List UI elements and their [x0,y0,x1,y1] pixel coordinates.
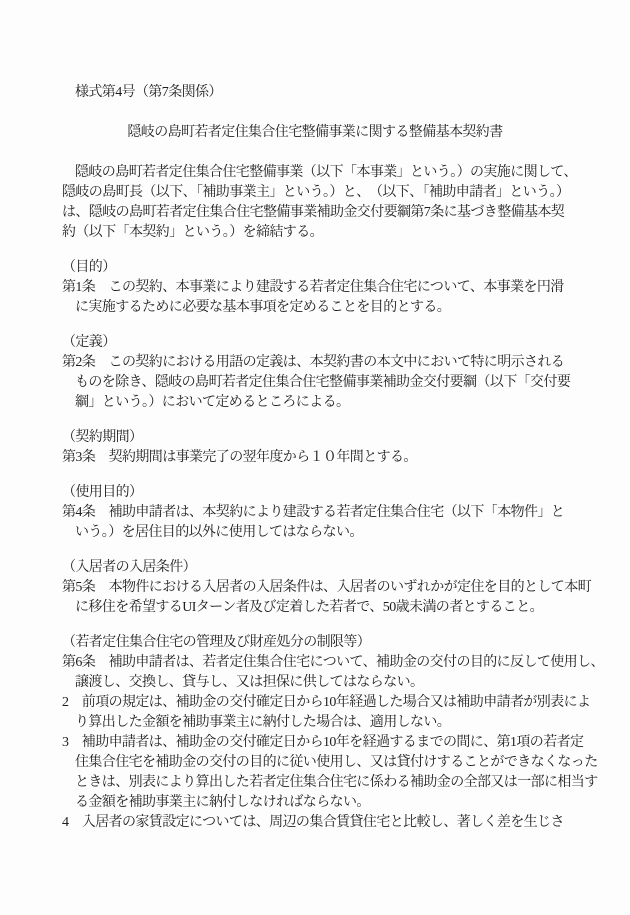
section-contract-period: （契約期間） 第3条 契約期間は事業完了の翌年度から１０年間とする。 [62,428,568,468]
section-purpose: （目的） 第1条 この契約、本事業により建設する若者定住集合住宅について、本事業… [62,258,568,318]
section-heading-definitions: （定義） [62,333,568,353]
section-heading-contract-period: （契約期間） [62,428,568,448]
section-heading-use-purpose: （使用目的） [62,483,568,503]
preamble-line: 隠岐の島町長（以下、「補助事業主」という。）と、 （以下、「補助申請者」という。… [62,183,568,203]
preamble-line: は、隠岐の島町若者定住集合住宅整備事業補助金交付要綱第7条に基づき整備基本契 [62,203,568,223]
clause-line: 2 前項の規定は、補助金の交付確定日から10年経過した場合又は補助申請者が別表に… [62,693,568,713]
document-content: 様式第4号（第7条関係） 隠岐の島町若者定住集合住宅整備事業に関する整備基本契約… [62,83,568,833]
document-title: 隠岐の島町若者定住集合住宅整備事業に関する整備基本契約書 [62,123,568,143]
section-use-purpose: （使用目的） 第4条 補助申請者は、本契約により建設する若者定住集合住宅（以下「… [62,483,568,543]
clause-line: 第5条 本物件における入居者の入居条件は、入居者のいずれかが定住を目的として本町 [62,578,568,598]
section-occupancy-conditions: （入居者の入居条件） 第5条 本物件における入居者の入居条件は、入居者のいずれか… [62,558,568,618]
section-heading-occupancy-conditions: （入居者の入居条件） [62,558,568,578]
clause-line: 綱」という。）において定めるところによる。 [62,393,568,413]
clause-line: 4 入居者の家賃設定については、周辺の集合賃貸住宅と比較し、著しく差を生じさ [62,813,568,833]
section-heading-management-restrictions: （若者定住集合住宅の管理及び財産処分の制限等） [62,633,568,653]
clause-line: 3 補助申請者は、補助金の交付確定日から10年を経過するまでの間に、第1項の若者… [62,733,568,753]
clause-line: 第3条 契約期間は事業完了の翌年度から１０年間とする。 [62,448,568,468]
section-definitions: （定義） 第2条 この契約における用語の定義は、本契約書の本文中において特に明示… [62,333,568,413]
preamble-line: 隠岐の島町若者定住集合住宅整備事業（以下「本事業」という。）の実施に関して、 [62,163,568,183]
clause-line: 譲渡し、交換し、貸与し、又は担保に供してはならない。 [62,673,568,693]
clause-line: り算出した金額を補助事業主に納付した場合は、適用しない。 [62,713,568,733]
document-page: 様式第4号（第7条関係） 隠岐の島町若者定住集合住宅整備事業に関する整備基本契約… [0,0,630,915]
clause-line: ときは、別表により算出した若者定住集合住宅に係わる補助金の全部又は一部に相当す [62,773,568,793]
form-label: 様式第4号（第7条関係） [62,83,568,103]
section-management-restrictions: （若者定住集合住宅の管理及び財産処分の制限等） 第6条 補助申請者は、若者定住集… [62,633,568,833]
clause-line: 第1条 この契約、本事業により建設する若者定住集合住宅について、本事業を円滑 [62,278,568,298]
clause-line: いう。）を居住目的以外に使用してはならない。 [62,523,568,543]
clause-line: 第4条 補助申請者は、本契約により建設する若者定住集合住宅（以下「本物件」と [62,503,568,523]
clause-line: ものを除き、隠岐の島町若者定住集合住宅整備事業補助金交付要綱（以下「交付要 [62,373,568,393]
clause-line: に移住を希望するUIターン者及び定着した若者で、50歳未満の者とすること。 [62,598,568,618]
clause-line: に実施するために必要な基本事項を定めることを目的とする。 [62,298,568,318]
clause-line: 第2条 この契約における用語の定義は、本契約書の本文中において特に明示される [62,353,568,373]
clause-line: る金額を補助事業主に納付しなければならない。 [62,793,568,813]
preamble-line: 約（以下「本契約」という。）を締結する。 [62,223,568,243]
preamble: 隠岐の島町若者定住集合住宅整備事業（以下「本事業」という。）の実施に関して、 隠… [62,163,568,243]
clause-line: 第6条 補助申請者は、若者定住集合住宅について、補助金の交付の目的に反して使用し… [62,653,568,673]
clause-line: 住集合住宅を補助金の交付の目的に従い使用し、又は貸付けすることができなくなった [62,753,568,773]
section-heading-purpose: （目的） [62,258,568,278]
